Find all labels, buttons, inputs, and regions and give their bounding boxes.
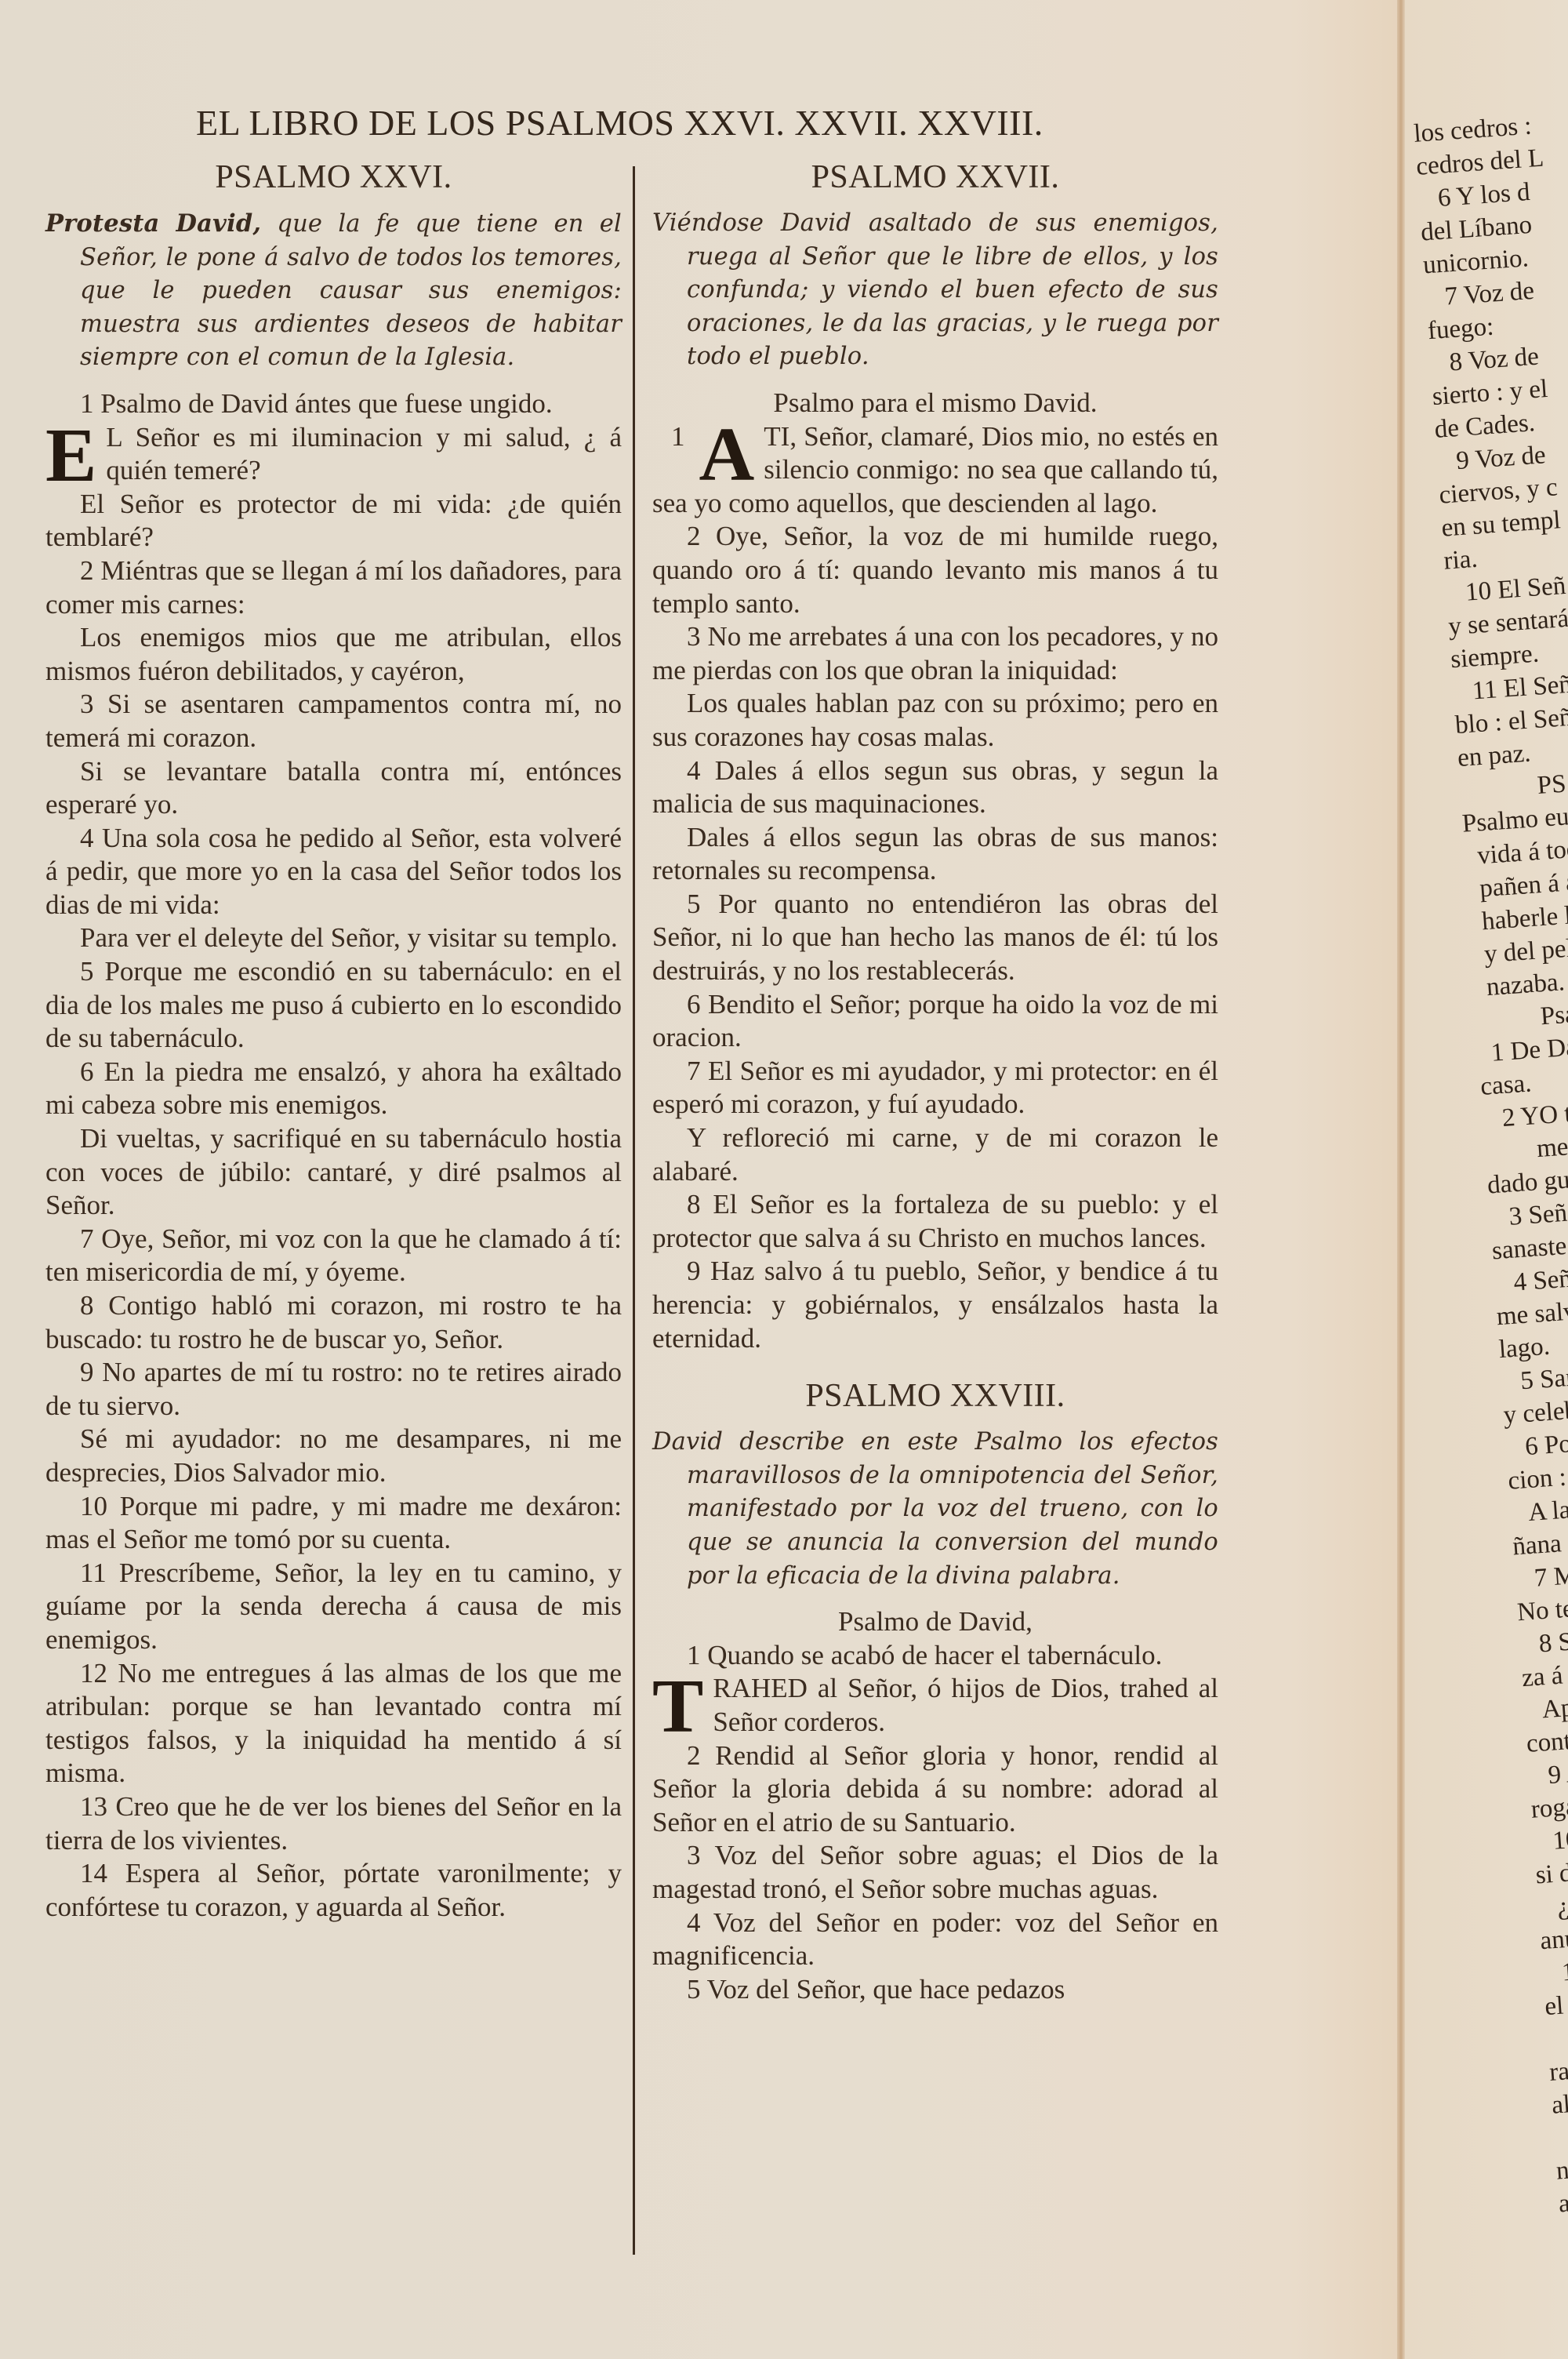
verse: 1 Quando se acabó de hacer el tabernácul… xyxy=(652,1639,1218,1673)
drop-cap: E xyxy=(45,424,96,487)
verse: Y refloreció mi carne, y de mi corazon l… xyxy=(652,1121,1218,1188)
verse: Los quales hablan paz con su próximo; pe… xyxy=(652,687,1218,754)
verse: Los enemigos mios que me atribulan, ello… xyxy=(45,621,622,688)
psalm-summary: David describe en este Psalmo los efecto… xyxy=(652,1426,1218,1593)
superscription: Psalmo de David, xyxy=(652,1605,1218,1639)
verse: El Señor es protector de mi vida: ¿de qu… xyxy=(45,488,622,554)
psalm-title: PSALMO XXVI. xyxy=(45,155,622,199)
verse: 7 El Señor es mi ayudador, y mi protecto… xyxy=(652,1055,1218,1121)
psalm-summary: Viéndose David asaltado de sus enemigos,… xyxy=(652,207,1218,374)
verse: 12 No me entregues á las almas de los qu… xyxy=(45,1657,622,1790)
superscription: 1 Psalmo de David ántes que fuese ungido… xyxy=(45,387,622,421)
verse: Dales á ellos segun las obras de sus man… xyxy=(652,821,1218,888)
verse: Di vueltas, y sacrifiqué en su tabernácu… xyxy=(45,1122,622,1223)
verse: 13 Creo que he de ver los bienes del Señ… xyxy=(45,1790,622,1857)
verse-list: 2 Oye, Señor, la voz de mi humilde ruego… xyxy=(652,520,1218,1355)
verse-list: 2 Rendid al Señor gloria y honor, rendid… xyxy=(652,1739,1218,2007)
summary-lead: Protesta David, xyxy=(45,209,261,238)
verse: 4 Una sola cosa he pedido al Señor, esta… xyxy=(45,822,622,922)
verse: 6 Bendito el Señor; porque ha oido la vo… xyxy=(652,988,1218,1055)
verse: Para ver el deleyte del Señor, y visitar… xyxy=(45,921,622,955)
verse: 5 Por quanto no entendiéron las obras de… xyxy=(652,888,1218,988)
verse: Si se levantare batalla contra mí, entón… xyxy=(45,755,622,822)
verse: 8 Contigo habló mi corazon, mi rostro te… xyxy=(45,1289,622,1356)
column-divider xyxy=(633,166,635,2255)
verse: Sé mi ayudador: no me desampares, ni me … xyxy=(45,1423,622,1489)
verse: 9 Haz salvo á tu pueblo, Señor, y bendic… xyxy=(652,1255,1218,1355)
verse: 3 Voz del Señor sobre aguas; el Dios de … xyxy=(652,1839,1218,1906)
verse: 3 No me arrebates á una con los pecadore… xyxy=(652,620,1218,687)
verse: 10 Porque mi padre, y mi madre me dexáro… xyxy=(45,1490,622,1557)
left-column: PSALMO XXVI. Protesta David, que la fe q… xyxy=(45,149,622,1924)
verse: 2 Miéntras que se llegan á mí los dañado… xyxy=(45,554,622,621)
verse: 4 Voz del Señor en poder: voz del Señor … xyxy=(652,1906,1218,1973)
verse: 5 Porque me escondió en su tabernáculo: … xyxy=(45,955,622,1056)
drop-cap: T xyxy=(652,1675,703,1738)
verse: 2 Rendid al Señor gloria y honor, rendid… xyxy=(652,1739,1218,1840)
drop-cap-verse: EL Señor es mi iluminacion y mi salud, ¿… xyxy=(45,421,622,488)
book-gutter xyxy=(1397,0,1405,2359)
verse: 4 Dales á ellos segun sus obras, y segun… xyxy=(652,754,1218,821)
psalm-title: PSALMO XXVIII. xyxy=(652,1374,1218,1418)
verse-number: 1 xyxy=(671,420,685,454)
psalm-title: PSALMO XXVII. xyxy=(652,155,1218,199)
verse: 7 Oye, Señor, mi voz con la que he clama… xyxy=(45,1223,622,1289)
verse: 9 No apartes de mí tu rostro: no te reti… xyxy=(45,1356,622,1423)
middle-column: PSALMO XXVII. Viéndose David asaltado de… xyxy=(652,149,1218,2006)
verse-text: RAHED al Señor, ó hijos de Dios, trahed … xyxy=(713,1673,1218,1737)
running-head: EL LIBRO DE LOS PSALMOS XXVI. XXVII. XXV… xyxy=(196,102,1074,144)
verse: 11 Prescríbeme, Señor, la ley en tu cami… xyxy=(45,1557,622,1657)
verse: 2 Oye, Señor, la voz de mi humilde ruego… xyxy=(652,520,1218,620)
verse: 8 El Señor es la fortaleza de su pueblo:… xyxy=(652,1188,1218,1255)
drop-cap: A xyxy=(699,423,755,486)
verse: 6 En la piedra me ensalzó, y ahora ha ex… xyxy=(45,1056,622,1122)
verse-list: El Señor es protector de mi vida: ¿de qu… xyxy=(45,488,622,1925)
verse: 5 Voz del Señor, que hace pedazos xyxy=(652,1973,1218,2007)
right-page-text: los cedros :cedros del L 6 Y los ddel Lí… xyxy=(1413,95,1568,2221)
verse: 3 Si se asentaren campamentos contra mí,… xyxy=(45,688,622,754)
psalm-summary: Protesta David, que la fe que tiene en e… xyxy=(45,207,622,375)
drop-cap-verse: 1A TI, Señor, clamaré, Dios mio, no esté… xyxy=(652,420,1218,521)
verse-text: L Señor es mi iluminacion y mi salud, ¿ … xyxy=(106,422,622,486)
verse: 14 Espera al Señor, pórtate varonilmente… xyxy=(45,1857,622,1924)
drop-cap-verse: TRAHED al Señor, ó hijos de Dios, trahed… xyxy=(652,1672,1218,1739)
right-page-fragment: los cedros :cedros del L 6 Y los ddel Lí… xyxy=(1405,0,1568,2359)
